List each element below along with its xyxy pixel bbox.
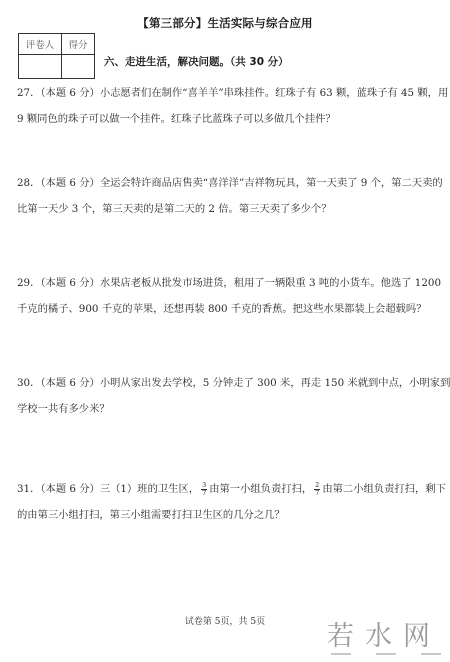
question-28: 28．（本题 6 分）全运会特许商品店售卖“喜洋洋”吉祥物玩具，第一天卖了 9 … (17, 170, 437, 222)
question-29: 29．（本题 6 分）水果店老板从批发市场进货，租用了一辆限重 3 吨的小货车。… (17, 270, 437, 322)
fraction-denominator: 7 (201, 490, 207, 497)
watermark-dash (331, 653, 351, 655)
question-28-line-1: 28．（本题 6 分）全运会特许商品店售卖“喜洋洋”吉祥物玩具，第一天卖了 9 … (17, 170, 437, 196)
score-table: 评卷人 得分 (18, 33, 95, 79)
fraction-3-7: 37 (201, 482, 207, 497)
question-31-text-post: 由第二小组负责打扫，剩下 (322, 483, 446, 495)
watermark-dash (421, 653, 441, 655)
question-30-line-2: 学校一共有多少米？ (17, 396, 437, 422)
watermark-logo: 若水网 (327, 622, 447, 662)
score-header: 得分 (62, 34, 95, 55)
fraction-2-7: 27 (314, 482, 320, 497)
question-31-text-pre: 31．（本题 6 分）三（1）班的卫生区， (17, 483, 199, 495)
score-cell (62, 55, 95, 79)
question-31: 31．（本题 6 分）三（1）班的卫生区，37由第一小组负责打扫，27由第二小组… (17, 476, 437, 528)
question-27: 27．（本题 6 分）小志愿者们在制作“喜羊羊”串珠挂件。红珠子有 63 颗，蓝… (17, 80, 437, 132)
question-29-line-1: 29．（本题 6 分）水果店老板从批发市场进货，租用了一辆限重 3 吨的小货车。… (17, 270, 437, 296)
part-heading: 六、走进生活，解决问题。（共 30 分） (104, 54, 289, 69)
grader-header: 评卷人 (19, 34, 62, 55)
question-27-line-2: 9 颗同色的珠子可以做一个挂件。红珠子比蓝珠子可以多做几个挂件？ (17, 106, 437, 132)
question-30: 30．（本题 6 分）小明从家出发去学校，5 分钟走了 300 米，再走 150… (17, 370, 437, 422)
watermark-dash (376, 653, 396, 655)
question-31-line-2: 的由第三小组打扫，第三小组需要打扫卫生区的几分之几？ (17, 502, 437, 528)
question-31-text-mid: 由第一小组负责打扫， (209, 483, 312, 495)
fraction-denominator: 7 (314, 490, 320, 497)
watermark-text: 若水网 (327, 622, 447, 652)
grader-cell (19, 55, 62, 79)
question-31-line-1: 31．（本题 6 分）三（1）班的卫生区，37由第一小组负责打扫，27由第二小组… (17, 476, 437, 502)
question-28-line-2: 比第一天少 3 个，第三天卖的是第二天的 2 倍。第三天卖了多少个？ (17, 196, 437, 222)
question-29-line-2: 千克的橘子、900 千克的苹果，还想再装 800 千克的香蕉。把这些水果都装上会… (17, 296, 437, 322)
question-27-line-1: 27．（本题 6 分）小志愿者们在制作“喜羊羊”串珠挂件。红珠子有 63 颗，蓝… (17, 80, 437, 106)
section-title: 【第三部分】生活实际与综合应用 (0, 15, 450, 31)
watermark-subtext-decoration (327, 653, 447, 655)
question-30-line-1: 30．（本题 6 分）小明从家出发去学校，5 分钟走了 300 米，再走 150… (17, 370, 437, 396)
